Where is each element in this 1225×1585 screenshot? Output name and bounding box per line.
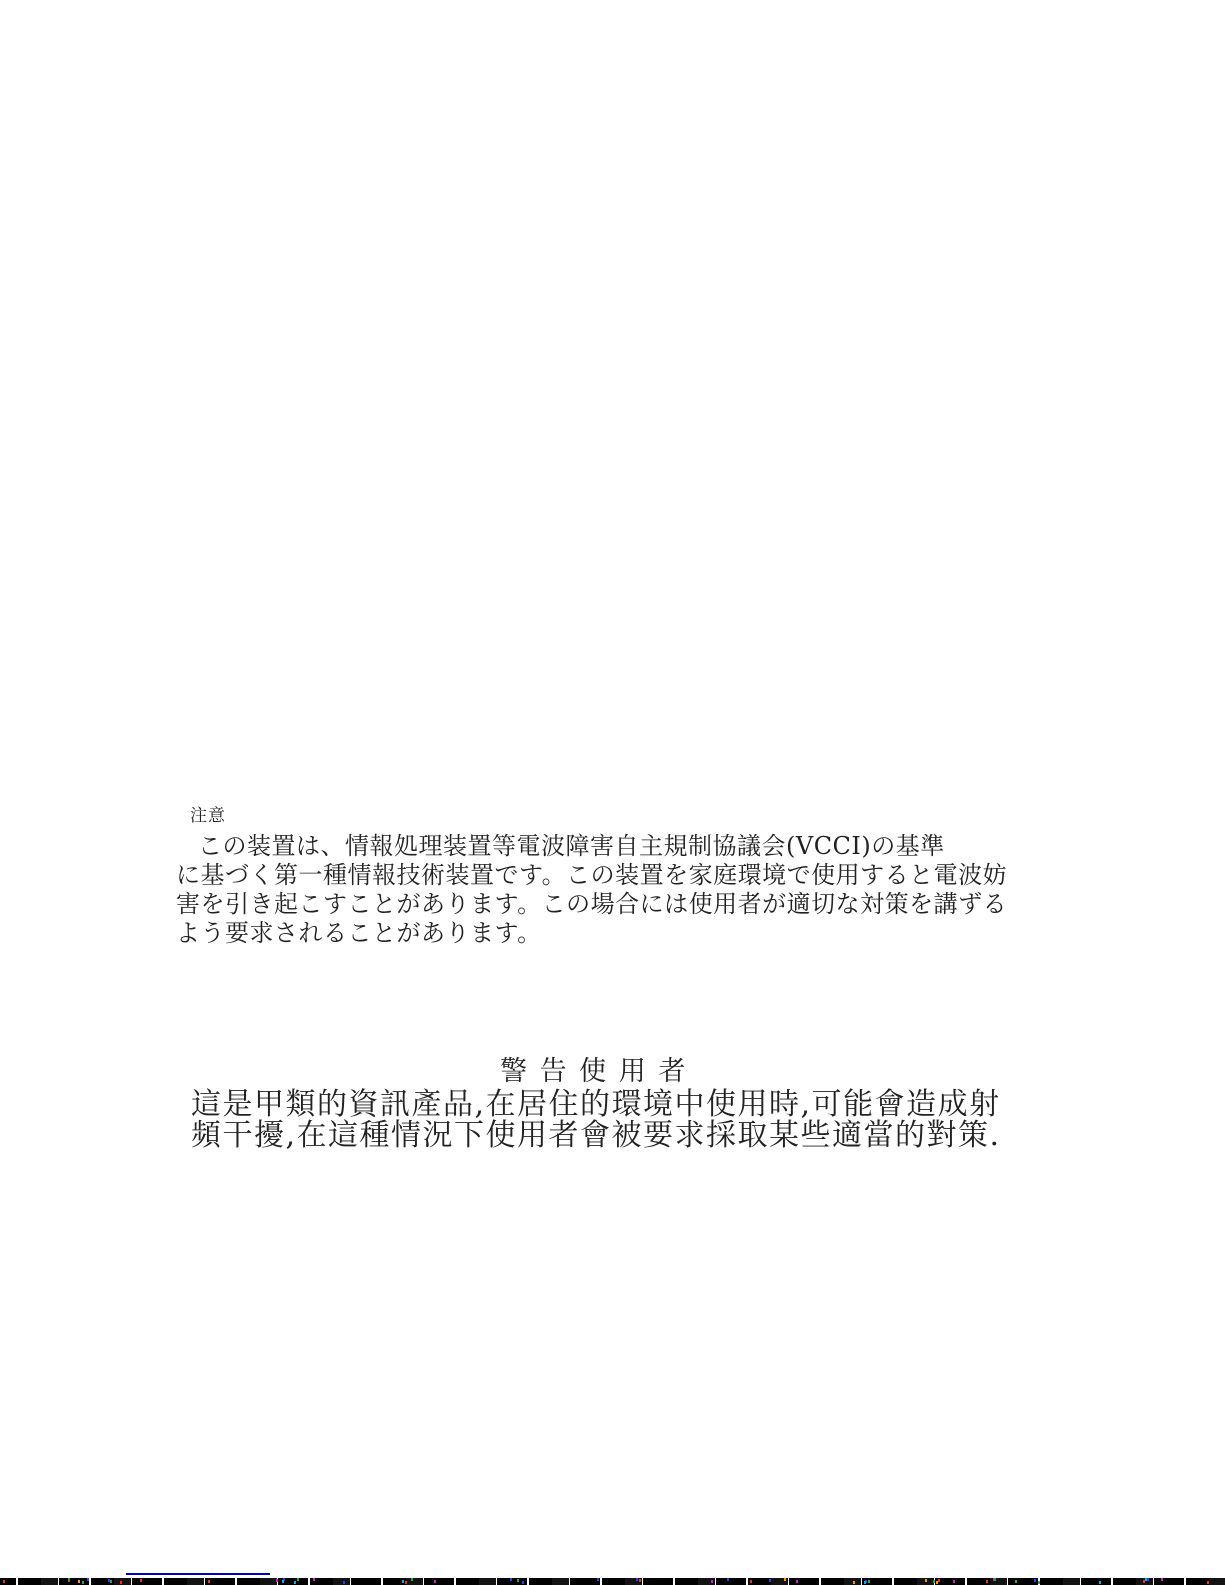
scan-noise-speck — [343, 1581, 345, 1584]
vcci-notice-heading: 注意 — [190, 806, 226, 826]
scan-noise-speck — [784, 1578, 786, 1581]
scan-noise-speck — [294, 1581, 296, 1584]
scan-noise-speck — [853, 1581, 855, 1584]
scan-noise-speck — [1038, 1581, 1040, 1584]
scan-noise-speck — [727, 1578, 729, 1581]
scan-noise-speck — [405, 1581, 407, 1584]
scan-noise-speck — [120, 1581, 122, 1584]
scan-noise-speck — [402, 1580, 404, 1583]
scan-noise-speck — [711, 1580, 713, 1583]
scan-noise-speck — [1207, 1581, 1209, 1584]
scan-noise-speck — [140, 1579, 142, 1582]
scan-noise-speck — [994, 1578, 996, 1581]
vcci-notice-line: よう要求されることがあります。 — [176, 919, 1007, 948]
scan-noise-speck — [639, 1579, 641, 1582]
scan-artifact-band — [0, 1578, 1225, 1585]
vcci-notice-line: に基づく第一種情報技術装置です。この装置を家庭環境で使用すると電波妨 — [176, 861, 1007, 890]
scan-noise-speck — [522, 1581, 524, 1584]
scan-noise-speck — [276, 1579, 278, 1582]
scan-noise-speck — [411, 1578, 413, 1581]
scan-noise-speck — [1147, 1578, 1149, 1581]
scan-noise-speck — [1161, 1578, 1163, 1581]
scan-noise-speck — [933, 1580, 935, 1583]
scan-noise-speck — [208, 1580, 210, 1583]
class-a-warning-line: 這是甲類的資訊產品,在居住的環境中使用時,可能會造成射 — [191, 1089, 1001, 1120]
class-a-warning-body: 這是甲類的資訊產品,在居住的環境中使用時,可能會造成射 頻干擾,在這種情況下使用… — [191, 1089, 1001, 1151]
scan-noise-speck — [3, 1580, 5, 1583]
scanned-page: 注意 この装置は、情報処理装置等電波障害自主規制協議会(VCCI)の基準 に基づ… — [0, 0, 1225, 1585]
class-a-warning-line: 頻干擾,在這種情況下使用者會被要求採取某些適當的對策. — [191, 1120, 1001, 1151]
scan-noise-speck — [78, 1580, 80, 1583]
scan-noise-speck — [636, 1578, 638, 1581]
vcci-notice-line: この装置は、情報処理装置等電波障害自主規制協議会(VCCI)の基準 — [176, 832, 1007, 861]
scan-noise-speck — [297, 1578, 299, 1581]
scan-noise-speck — [750, 1580, 752, 1583]
scan-noise-speck — [1143, 1580, 1145, 1583]
link-underline[interactable] — [126, 1573, 270, 1575]
scan-noise-speck — [986, 1580, 988, 1583]
scan-noise-speck — [597, 1578, 599, 1581]
class-a-warning-title: 警 告 使 用 者 — [500, 1057, 687, 1087]
scan-noise-speck — [953, 1580, 955, 1583]
vcci-notice-line: 害を引き起こすことがあります。この場合には使用者が適切な対策を講ずる — [176, 890, 1007, 919]
scan-noise-speck — [1034, 1579, 1036, 1582]
scan-noise-speck — [868, 1580, 870, 1583]
scan-noise-speck — [434, 1580, 436, 1583]
scan-noise-speck — [796, 1580, 798, 1583]
scan-noise-speck — [1099, 1581, 1101, 1584]
scan-noise-speck — [517, 1579, 519, 1582]
scan-noise-speck — [510, 1578, 512, 1581]
scan-noise-speck — [938, 1579, 940, 1582]
scan-noise-speck — [282, 1580, 284, 1583]
scan-noise-speck — [68, 1578, 70, 1581]
vcci-notice-body: この装置は、情報処理装置等電波障害自主規制協議会(VCCI)の基準 に基づく第一… — [176, 832, 1007, 948]
scan-noise-speck — [87, 1578, 89, 1581]
scan-noise-speck — [864, 1581, 866, 1584]
scan-noise-speck — [82, 1581, 84, 1584]
scan-noise-speck — [313, 1578, 315, 1581]
scan-noise-speck — [925, 1579, 927, 1582]
scan-noise-speck — [769, 1579, 771, 1582]
scan-noise-speck — [1015, 1580, 1017, 1583]
scan-noise-speck — [110, 1580, 112, 1583]
